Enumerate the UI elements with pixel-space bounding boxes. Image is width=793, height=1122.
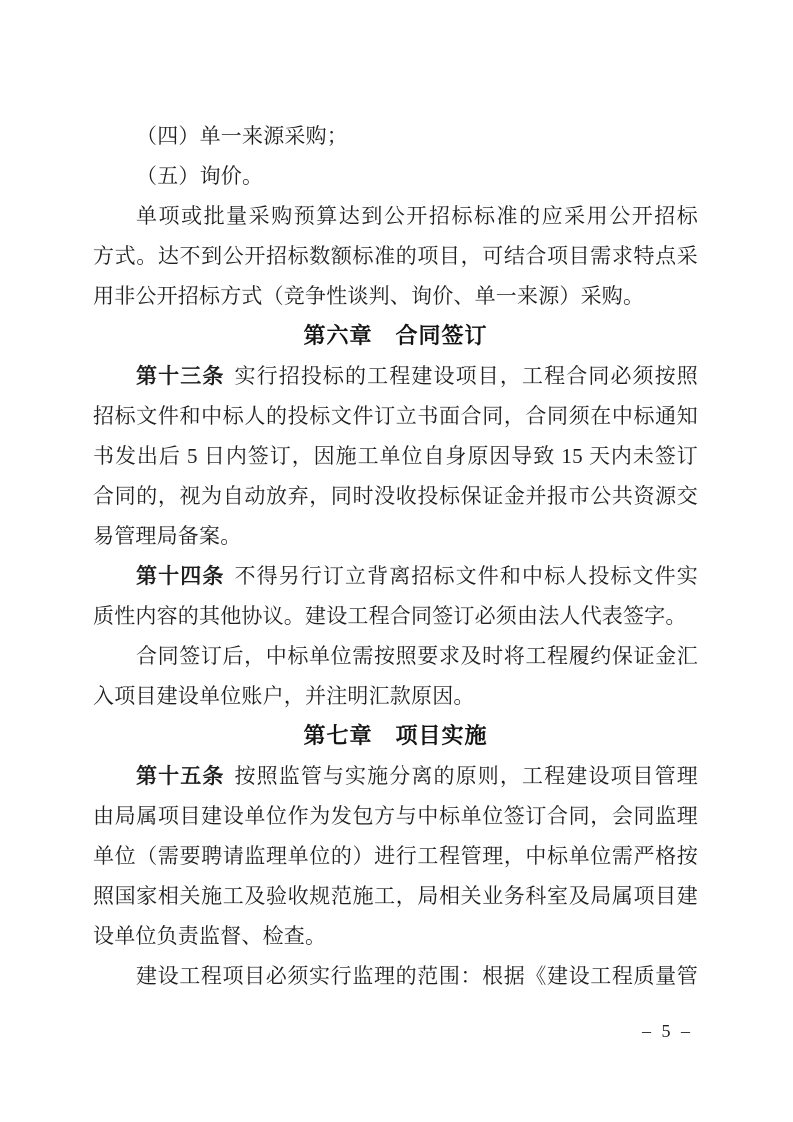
text-line: 质性内容的其他协议。建设工程合同签订必须由法人代表签字。: [93, 596, 698, 636]
text-line: 方式。达不到公开招标数额标准的项目，可结合项目需求特点采: [93, 236, 698, 276]
text-line: 照国家相关施工及验收规范施工，局相关业务科室及局属项目建: [93, 876, 698, 916]
text-line: 合同签订后，中标单位需按照要求及时将工程履约保证金汇: [93, 636, 698, 676]
text-line: 单位（需要聘请监理单位的）进行工程管理，中标单位需严格按: [93, 836, 698, 876]
text-line: （五）询价。: [93, 156, 698, 196]
text-line: 单项或批量采购预算达到公开招标标准的应采用公开招标: [93, 196, 698, 236]
list-item-five: （五）询价。: [93, 156, 698, 196]
text-line: 入项目建设单位账户，并注明汇款原因。: [93, 676, 698, 716]
text-line: 易管理局备案。: [93, 516, 698, 556]
chapter-6-heading: 第六章 合同签订: [93, 316, 698, 356]
text-line: 第十五条按照监管与实施分离的原则，工程建设项目管理: [93, 756, 698, 796]
article-13-paragraph: 第十三条实行招投标的工程建设项目，工程合同必须按照招标文件和中标人的投标文件订立…: [93, 356, 698, 556]
article-number: 第十五条: [136, 764, 224, 788]
paragraph-deposit: 合同签订后，中标单位需按照要求及时将工程履约保证金汇入项目建设单位账户，并注明汇…: [93, 636, 698, 716]
text-line: 书发出后 5 日内签订，因施工单位自身原因导致 15 天内未签订: [93, 436, 698, 476]
article-number: 第十三条: [136, 364, 224, 388]
paragraph-supervision-scope: 建设工程项目必须实行监理的范围：根据《建设工程质量管: [93, 956, 698, 996]
text-line: 招标文件和中标人的投标文件订立书面合同，合同须在中标通知: [93, 396, 698, 436]
article-number: 第十四条: [136, 564, 224, 588]
document-body: （四）单一来源采购； （五）询价。 单项或批量采购预算达到公开招标标准的应采用公…: [93, 116, 698, 996]
text-line: 合同的，视为自动放弃，同时没收投标保证金并报市公共资源交: [93, 476, 698, 516]
text-line: 由局属项目建设单位作为发包方与中标单位签订合同，会同监理: [93, 796, 698, 836]
text-line: 用非公开招标方式（竞争性谈判、询价、单一来源）采购。: [93, 276, 698, 316]
chapter-7-heading: 第七章 项目实施: [93, 716, 698, 756]
text-line: 建设工程项目必须实行监理的范围：根据《建设工程质量管: [93, 956, 698, 996]
text-line: 第十三条实行招投标的工程建设项目，工程合同必须按照: [93, 356, 698, 396]
text-line: 设单位负责监督、检查。: [93, 916, 698, 956]
article-15-paragraph: 第十五条按照监管与实施分离的原则，工程建设项目管理由局属项目建设单位作为发包方与…: [93, 756, 698, 956]
list-item-four: （四）单一来源采购；: [93, 116, 698, 156]
document-page: （四）单一来源采购； （五）询价。 单项或批量采购预算达到公开招标标准的应采用公…: [0, 0, 793, 1122]
paragraph-procurement: 单项或批量采购预算达到公开招标标准的应采用公开招标方式。达不到公开招标数额标准的…: [93, 196, 698, 316]
article-14-paragraph: 第十四条不得另行订立背离招标文件和中标人投标文件实质性内容的其他协议。建设工程合…: [93, 556, 698, 636]
page-footer: – 5 –: [642, 1012, 693, 1050]
page-number: – 5 –: [642, 1021, 693, 1041]
text-line: （四）单一来源采购；: [93, 116, 698, 156]
text-line: 第十四条不得另行订立背离招标文件和中标人投标文件实: [93, 556, 698, 596]
